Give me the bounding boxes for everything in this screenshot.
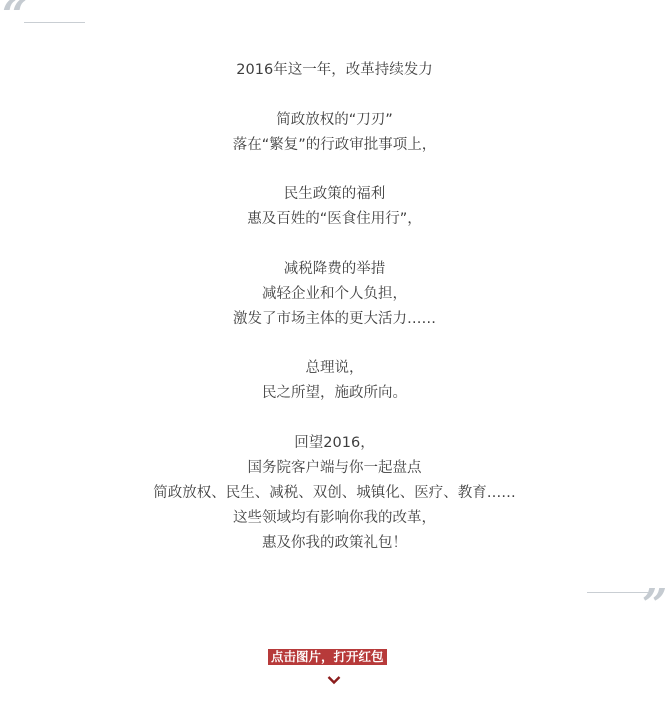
poem-line: 民生政策的福利	[0, 182, 669, 207]
poem-line: 简政放权、民生、减税、双创、城镇化、医疗、教育……	[0, 481, 669, 506]
poem-line: 简政放权的“刀刃”	[0, 108, 669, 133]
poem-line: 民之所望，施政所向。	[0, 381, 669, 406]
poem-line: 落在“繁复”的行政审批事项上，	[0, 133, 669, 158]
poem-line: 激发了市场主体的更大活力……	[0, 307, 669, 332]
poem-line: 国务院客户端与你一起盘点	[0, 456, 669, 481]
close-quote-icon: ”	[642, 584, 667, 628]
stanza-2: 简政放权的“刀刃” 落在“繁复”的行政审批事项上，	[0, 108, 669, 158]
poem-line: 这些领域均有影响你我的改革，	[0, 506, 669, 531]
bottom-divider	[587, 592, 649, 593]
poem-line: 减税降费的举措	[0, 257, 669, 282]
stanza-3: 民生政策的福利 惠及百姓的“医食住用行”，	[0, 182, 669, 232]
stanza-6: 回望2016， 国务院客户端与你一起盘点 简政放权、民生、减税、双创、城镇化、医…	[0, 431, 669, 556]
chevron-down-icon[interactable]	[327, 675, 341, 685]
poem-line: 2016年这一年，改革持续发力	[0, 58, 669, 83]
stanza-1: 2016年这一年，改革持续发力	[0, 58, 669, 83]
open-red-packet-button[interactable]: 点击图片，打开红包	[268, 649, 387, 665]
poem-text: 2016年这一年，改革持续发力 简政放权的“刀刃” 落在“繁复”的行政审批事项上…	[0, 58, 669, 580]
poem-line: 惠及百姓的“医食住用行”，	[0, 207, 669, 232]
poem-line: 回望2016，	[0, 431, 669, 456]
top-divider	[24, 22, 85, 23]
open-quote-icon: “	[2, 0, 27, 38]
poem-line: 总理说，	[0, 356, 669, 381]
stanza-5: 总理说， 民之所望，施政所向。	[0, 356, 669, 406]
poem-line: 惠及你我的政策礼包！	[0, 531, 669, 556]
stanza-4: 减税降费的举措 减轻企业和个人负担， 激发了市场主体的更大活力……	[0, 257, 669, 332]
poem-line: 减轻企业和个人负担，	[0, 282, 669, 307]
